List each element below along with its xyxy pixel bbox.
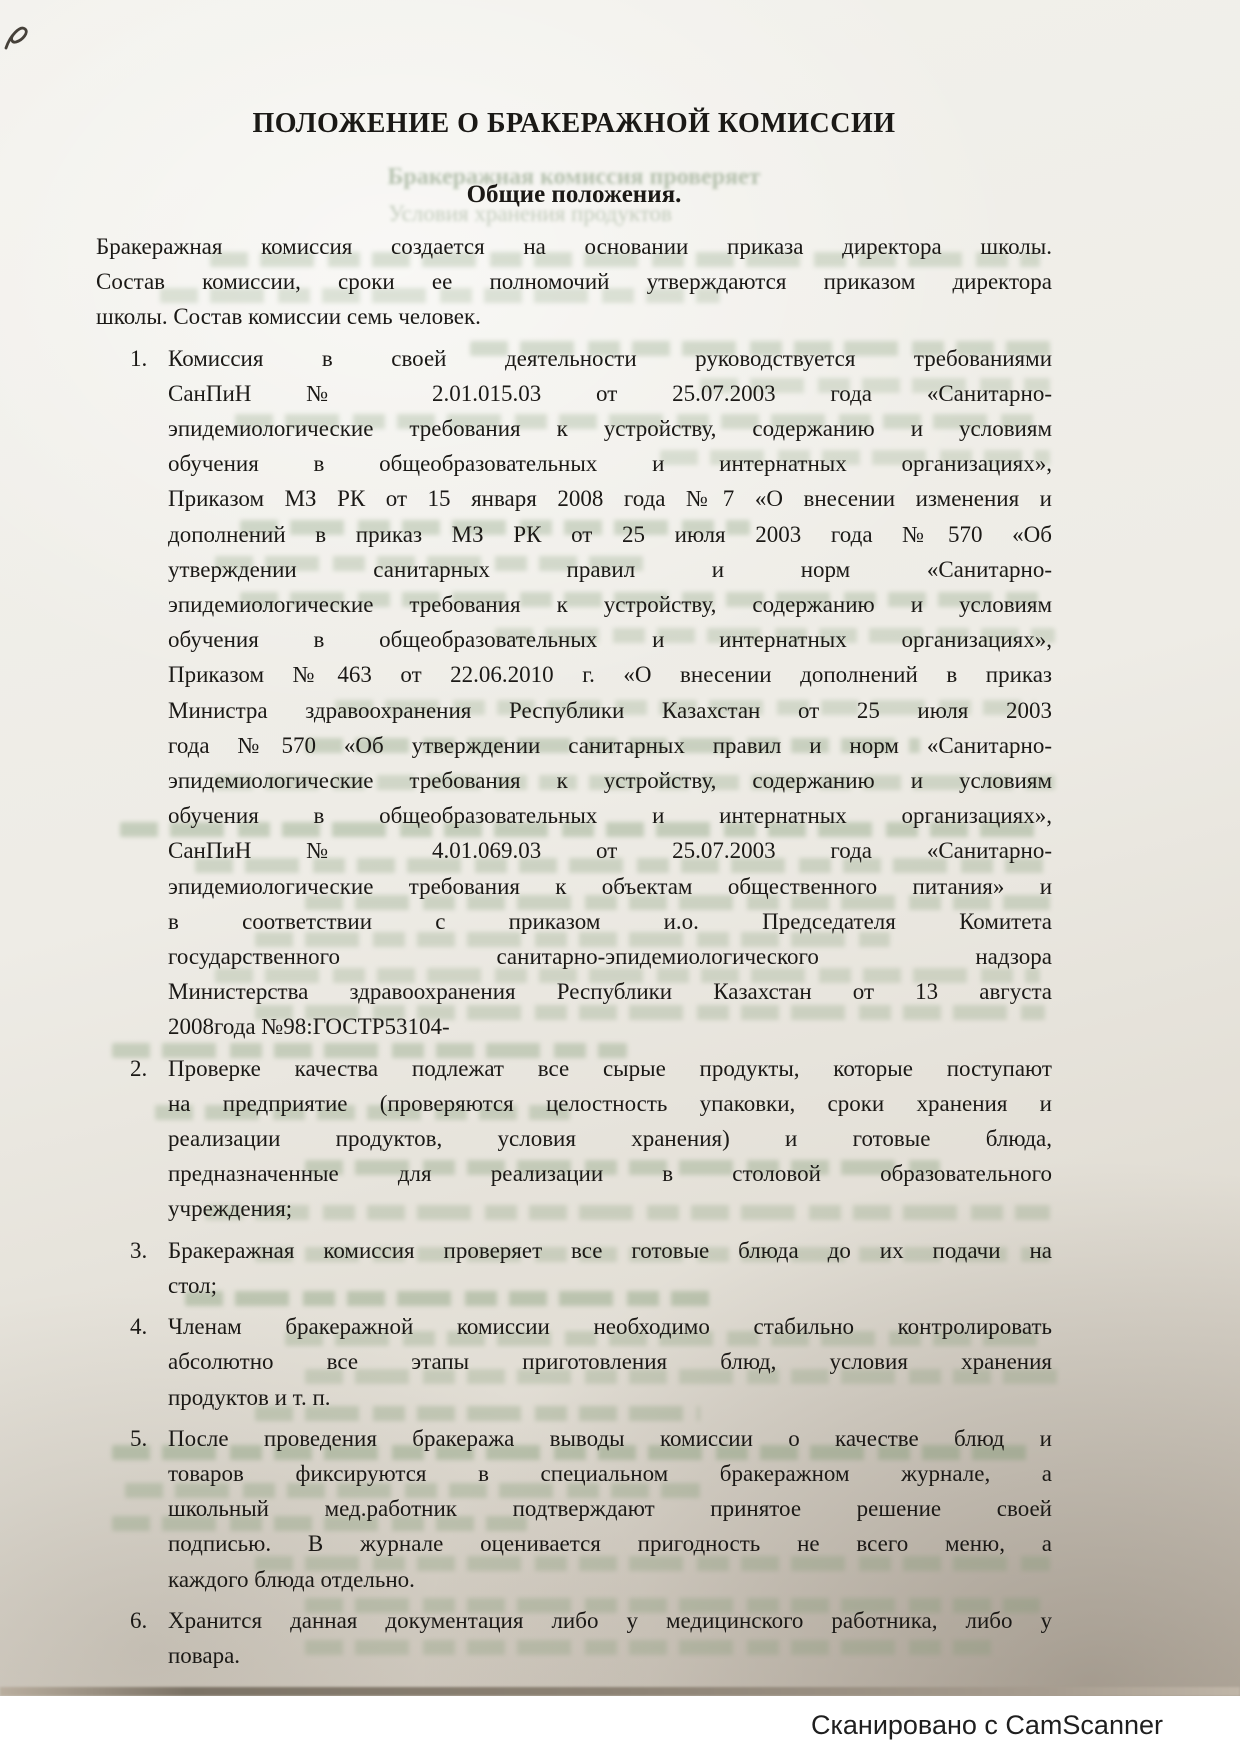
text-line: абсолютно все этапы приготовления блюд, … <box>168 1344 1052 1379</box>
text-line: года №570 «Об утверждении санитарных пра… <box>168 728 1052 763</box>
intro-line: школы. Состав комиссии семь человек. <box>96 299 1052 334</box>
text-line: Приказом №463 от 22.06.2010 г. «О внесен… <box>168 657 1052 692</box>
text-line: Приказом МЗ РК от 15 января 2008 года №7… <box>168 481 1052 516</box>
intro-line: Состав комиссии, сроки ее полномочий утв… <box>96 264 1052 299</box>
text-line: СанПиН № 2.01.015.03 от 25.07.2003 года … <box>168 376 1052 411</box>
text-line: в соответствии с приказом и.о. Председат… <box>168 904 1052 939</box>
text-line: повара. <box>168 1638 1052 1673</box>
list-item-number: 3. <box>130 1233 168 1303</box>
document-title: ПОЛОЖЕНИЕ О БРАКЕРАЖНОЙ КОМИССИИ <box>96 108 1052 140</box>
text-line: дополнений в приказ МЗ РК от 25 июля 200… <box>168 517 1052 552</box>
list-item: 4.Членам бракеражной комиссии необходимо… <box>96 1309 1052 1415</box>
list-item-text: Хранится данная документация либо у меди… <box>168 1603 1052 1673</box>
list-item-text: Бракеражная комиссия проверяет все готов… <box>168 1233 1052 1303</box>
list-item: 3.Бракеражная комиссия проверяет все гот… <box>96 1233 1052 1303</box>
section-heading: Общие положения. <box>96 181 1052 209</box>
numbered-list: 1.Комиссия в своей деятельности руководс… <box>96 341 1052 1674</box>
text-line: эпидемиологические требования к объектам… <box>168 869 1052 904</box>
text-line: утверждении санитарных правил и норм «Са… <box>168 552 1052 587</box>
camscanner-label: Сканировано с CamScanner <box>811 1710 1163 1741</box>
scanned-page: Бракеражная комиссия проверяетУсловия хр… <box>0 0 1240 1755</box>
list-item-number: 2. <box>130 1051 168 1227</box>
page-edge-shadow <box>0 1687 1240 1696</box>
text-line: на предприятие (проверяются целостность … <box>168 1086 1052 1121</box>
text-line: эпидемиологические требования к устройст… <box>168 587 1052 622</box>
list-item-number: 1. <box>130 341 168 1045</box>
text-line: Хранится данная документация либо у меди… <box>168 1603 1052 1638</box>
text-line: учреждения; <box>168 1191 1052 1226</box>
list-item-number: 6. <box>130 1603 168 1673</box>
text-line: товаров фиксируются в специальном бракер… <box>168 1456 1052 1491</box>
list-item: 1.Комиссия в своей деятельности руководс… <box>96 341 1052 1045</box>
intro-paragraph: Бракеражная комиссия создается на основа… <box>96 229 1052 335</box>
camscanner-footer: Сканировано с CamScanner <box>0 1696 1240 1755</box>
list-item: 2.Проверке качества подлежат все сырые п… <box>96 1051 1052 1227</box>
text-line: эпидемиологические требования к устройст… <box>168 763 1052 798</box>
text-line: реализации продуктов, условия хранения) … <box>168 1121 1052 1156</box>
document-body: Бракеражная комиссия создается на основа… <box>96 229 1052 1673</box>
text-line: эпидемиологические требования к устройст… <box>168 411 1052 446</box>
text-line: школьный мед.работник подтверждают приня… <box>168 1491 1052 1526</box>
text-line: Министерства здравоохранения Республики … <box>168 974 1052 1009</box>
text-line: стол; <box>168 1268 1052 1303</box>
pen-mark-icon <box>2 20 32 50</box>
text-line: обучения в общеобразовательных и интерна… <box>168 622 1052 657</box>
text-line: каждого блюда отдельно. <box>168 1562 1052 1597</box>
text-line: Членам бракеражной комиссии необходимо с… <box>168 1309 1052 1344</box>
intro-line: Бракеражная комиссия создается на основа… <box>96 229 1052 264</box>
list-item-number: 4. <box>130 1309 168 1415</box>
list-item: 5.После проведения бракеража выводы коми… <box>96 1421 1052 1597</box>
list-item: 6.Хранится данная документация либо у ме… <box>96 1603 1052 1673</box>
list-item-number: 5. <box>130 1421 168 1597</box>
text-line: продуктов и т. п. <box>168 1380 1052 1415</box>
text-line: предназначенные для реализации в столово… <box>168 1156 1052 1191</box>
list-item-text: После проведения бракеража выводы комисс… <box>168 1421 1052 1597</box>
list-item-text: Проверке качества подлежат все сырые про… <box>168 1051 1052 1227</box>
text-line: Комиссия в своей деятельности руководств… <box>168 341 1052 376</box>
text-line: Проверке качества подлежат все сырые про… <box>168 1051 1052 1086</box>
text-line: 2008года №98:ГОСТР53104- <box>168 1009 1052 1044</box>
list-item-text: Членам бракеражной комиссии необходимо с… <box>168 1309 1052 1415</box>
text-line: обучения в общеобразовательных и интерна… <box>168 798 1052 833</box>
text-line: государственного санитарно-эпидемиологич… <box>168 939 1052 974</box>
text-line: Министра здравоохранения Республики Каза… <box>168 693 1052 728</box>
text-line: СанПиН № 4.01.069.03 от 25.07.2003 года … <box>168 833 1052 868</box>
text-line: Бракеражная комиссия проверяет все готов… <box>168 1233 1052 1268</box>
list-item-text: Комиссия в своей деятельности руководств… <box>168 341 1052 1045</box>
text-line: подписью. В журнале оценивается пригодно… <box>168 1526 1052 1561</box>
text-line: После проведения бракеража выводы комисс… <box>168 1421 1052 1456</box>
text-line: обучения в общеобразовательных и интерна… <box>168 446 1052 481</box>
